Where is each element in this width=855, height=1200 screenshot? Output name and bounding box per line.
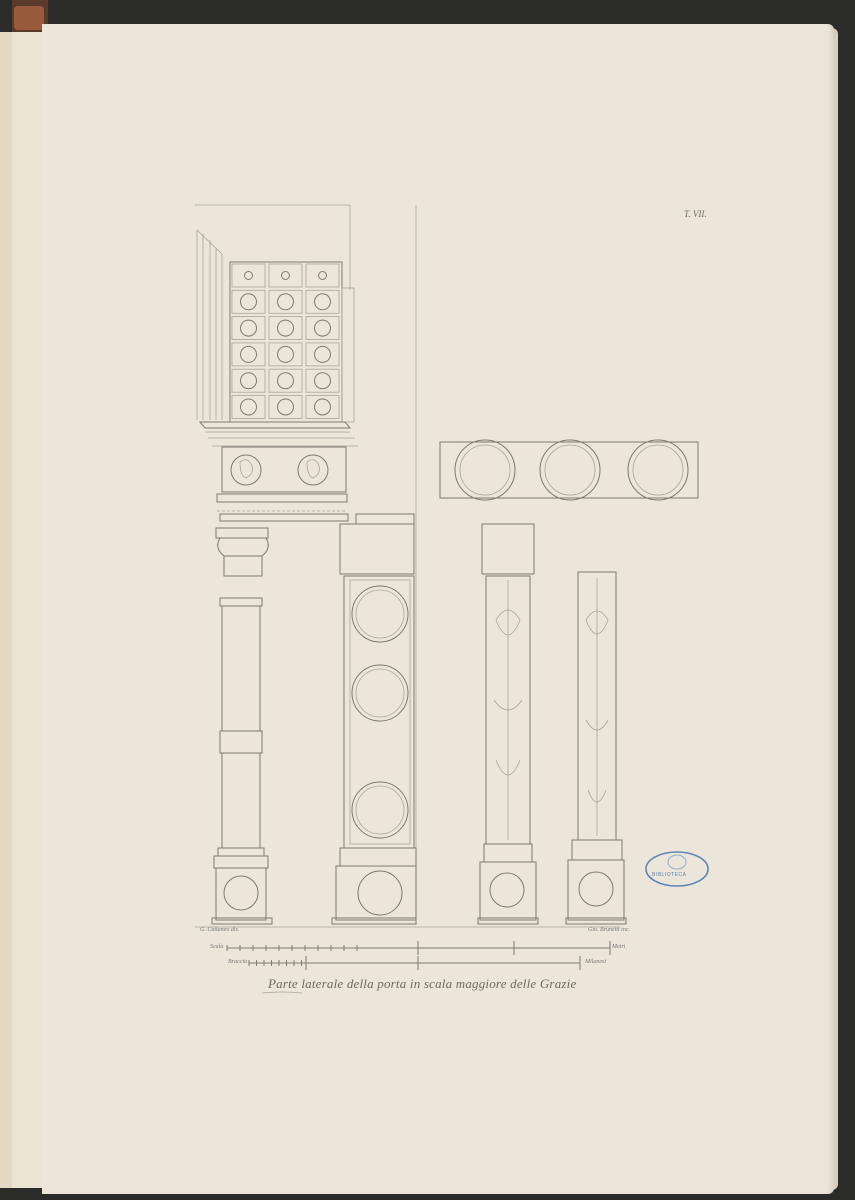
engraver-credit: Gio. Brunetti inc. xyxy=(588,927,630,933)
frieze-roundels xyxy=(440,440,698,500)
pilaster-grotesque-tall xyxy=(478,524,538,924)
pilaster-grotesque-short xyxy=(566,572,626,924)
composite-column xyxy=(212,528,272,924)
draftsman-credit: G. Cattaneo dis. xyxy=(200,927,239,933)
pilaster-roundels xyxy=(332,514,416,924)
entablature xyxy=(200,422,358,521)
plate-caption: Parte laterale della porta in scala magg… xyxy=(268,976,576,992)
architectural-drawing xyxy=(0,0,855,1200)
scale-unit-lower: Milanesi xyxy=(585,959,606,965)
scale-unit-upper: Metri xyxy=(612,944,625,950)
library-stamp xyxy=(646,852,708,886)
scale-label-lower: Braccia xyxy=(228,959,247,965)
scale-label-upper: Scala xyxy=(210,944,223,950)
scale-bars xyxy=(227,941,610,970)
stamp-text: BIBLIOTECA xyxy=(652,872,686,878)
coffered-soffit xyxy=(197,230,354,422)
